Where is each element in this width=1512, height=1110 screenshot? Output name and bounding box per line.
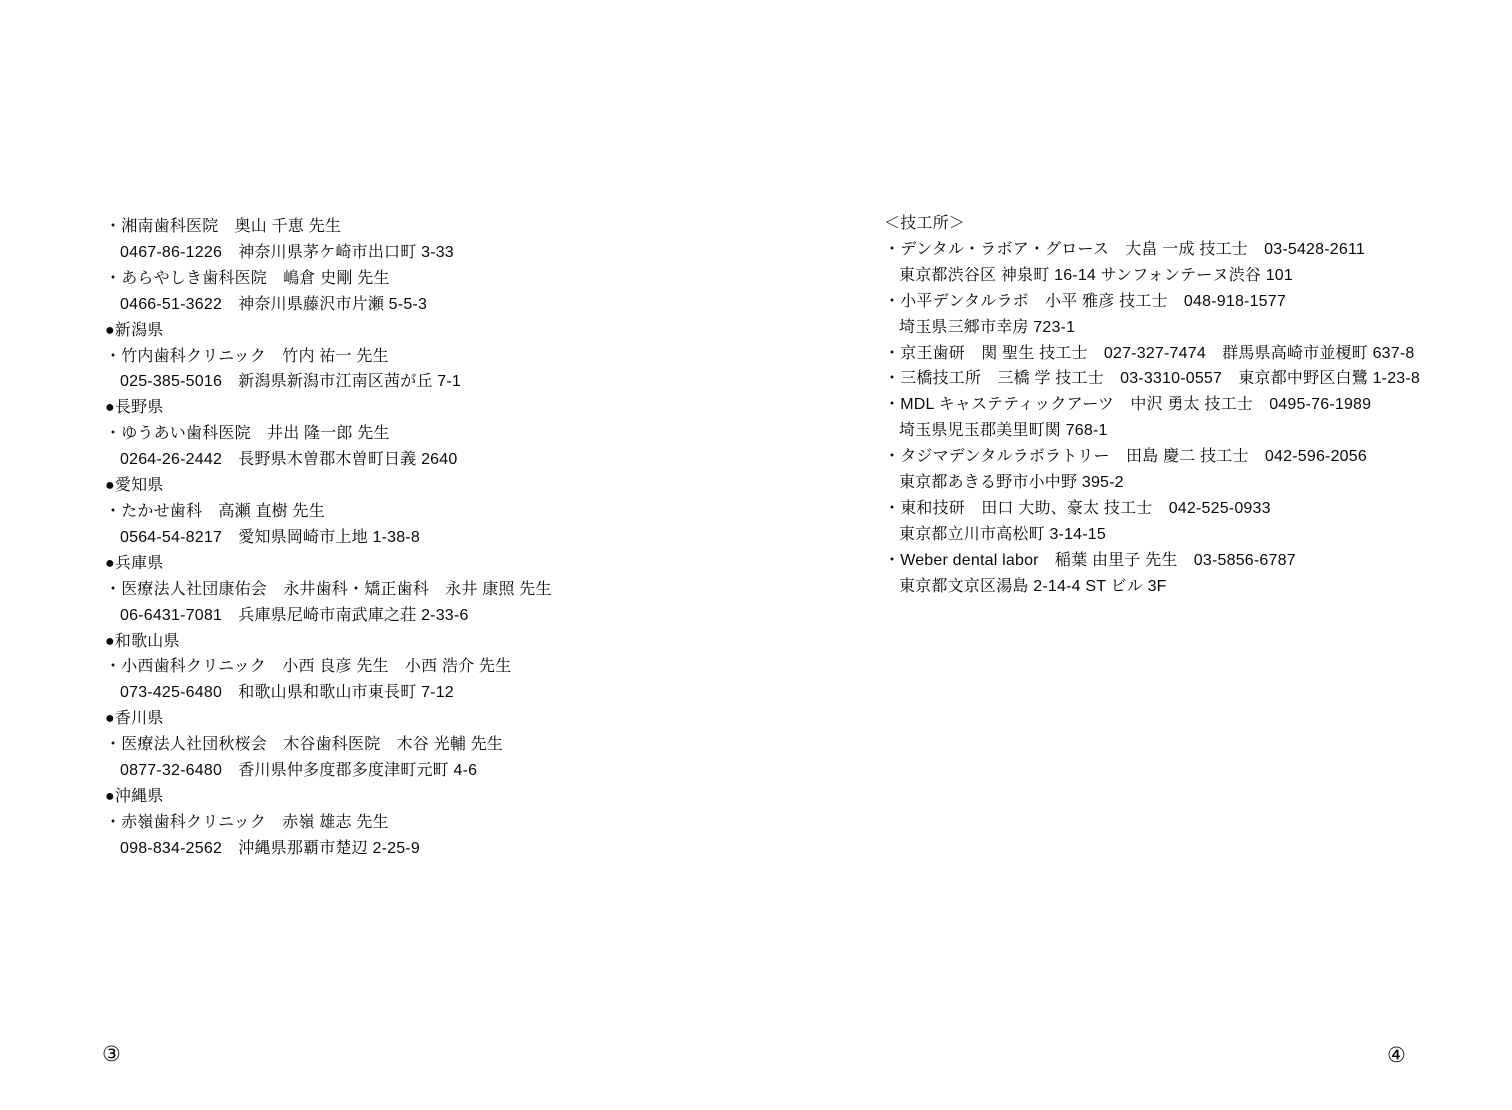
document-spread: ・湘南歯科医院 奥山 千恵 先生0467-86-1226 神奈川県茅ケ崎市出口町… [0, 0, 1512, 1110]
text-line: 埼玉県三郷市幸房 723-1 [884, 315, 1464, 341]
text-line: ・赤嶺歯科クリニック 赤嶺 雄志 先生 [105, 810, 785, 836]
text-line: ・ゆうあい歯科医院 井出 隆一郎 先生 [105, 421, 785, 447]
text-line: ●香川県 [105, 706, 785, 732]
text-line: ・タジマデンタルラボラトリー 田島 慶二 技工士 042-596-2056 [884, 444, 1464, 470]
text-line: 東京都文京区湯島 2-14-4 ST ビル 3F [884, 574, 1464, 600]
text-line: ・小平デンタルラボ 小平 雅彦 技工士 048-918-1577 [884, 289, 1464, 315]
text-line: ●和歌山県 [105, 629, 785, 655]
labs-section-header: ＜技工所＞ [884, 211, 1464, 237]
text-line: 025-385-5016 新潟県新潟市江南区茜が丘 7-1 [105, 369, 785, 395]
text-line: ・湘南歯科医院 奥山 千恵 先生 [105, 214, 785, 240]
text-line: ●兵庫県 [105, 551, 785, 577]
text-line: ・デンタル・ラボア・グロース 大畠 一成 技工士 03-5428-2611 [884, 237, 1464, 263]
text-line: 098-834-2562 沖縄県那覇市楚辺 2-25-9 [105, 836, 785, 862]
text-line: ●愛知県 [105, 473, 785, 499]
text-line: 東京都あきる野市小中野 395-2 [884, 470, 1464, 496]
text-line: ・MDL キャステティックアーツ 中沢 勇太 技工士 0495-76-1989 [884, 392, 1464, 418]
page-number-left: ③ [102, 1044, 121, 1065]
text-line: 0877-32-6480 香川県仲多度郡多度津町元町 4-6 [105, 758, 785, 784]
text-line: 0564-54-8217 愛知県岡崎市上地 1-38-8 [105, 525, 785, 551]
text-line: 0467-86-1226 神奈川県茅ケ崎市出口町 3-33 [105, 240, 785, 266]
lab-lines: ・デンタル・ラボア・グロース 大畠 一成 技工士 03-5428-2611東京都… [884, 237, 1464, 600]
text-line: 073-425-6480 和歌山県和歌山市東長町 7-12 [105, 680, 785, 706]
text-line: ●長野県 [105, 395, 785, 421]
text-line: 埼玉県児玉郡美里町関 768-1 [884, 418, 1464, 444]
lab-list-right-page: ＜技工所＞ ・デンタル・ラボア・グロース 大畠 一成 技工士 03-5428-2… [884, 211, 1464, 600]
text-line: 06-6431-7081 兵庫県尼崎市南武庫之荘 2-33-6 [105, 603, 785, 629]
text-line: ・三橋技工所 三橋 学 技工士 03-3310-0557 東京都中野区白鷺 1-… [884, 366, 1464, 392]
text-line: ・竹内歯科クリニック 竹内 祐一 先生 [105, 344, 785, 370]
text-line: ・たかせ歯科 高瀬 直樹 先生 [105, 499, 785, 525]
text-line: ・小西歯科クリニック 小西 良彦 先生 小西 浩介 先生 [105, 654, 785, 680]
text-line: ・東和技研 田口 大助、豪太 技工士 042-525-0933 [884, 496, 1464, 522]
text-line: 0466-51-3622 神奈川県藤沢市片瀬 5-5-3 [105, 292, 785, 318]
text-line: ・Weber dental labor 稲葉 由里子 先生 03-5856-67… [884, 548, 1464, 574]
text-line: ●沖縄県 [105, 784, 785, 810]
text-line: 東京都渋谷区 神泉町 16-14 サンフォンテーヌ渋谷 101 [884, 263, 1464, 289]
text-line: ●新潟県 [105, 318, 785, 344]
text-line: ・医療法人社団秋桜会 木谷歯科医院 木谷 光輔 先生 [105, 732, 785, 758]
text-line: ・あらやしき歯科医院 嶋倉 史剛 先生 [105, 266, 785, 292]
page-number-right: ④ [1387, 1045, 1406, 1066]
text-line: 0264-26-2442 長野県木曽郡木曽町日義 2640 [105, 447, 785, 473]
text-line: 東京都立川市高松町 3-14-15 [884, 522, 1464, 548]
clinic-list-left-page: ・湘南歯科医院 奥山 千恵 先生0467-86-1226 神奈川県茅ケ崎市出口町… [105, 214, 785, 862]
text-line: ・京王歯研 関 聖生 技工士 027-327-7474 群馬県高崎市並榎町 63… [884, 341, 1464, 367]
text-line: ・医療法人社団康佑会 永井歯科・矯正歯科 永井 康照 先生 [105, 577, 785, 603]
